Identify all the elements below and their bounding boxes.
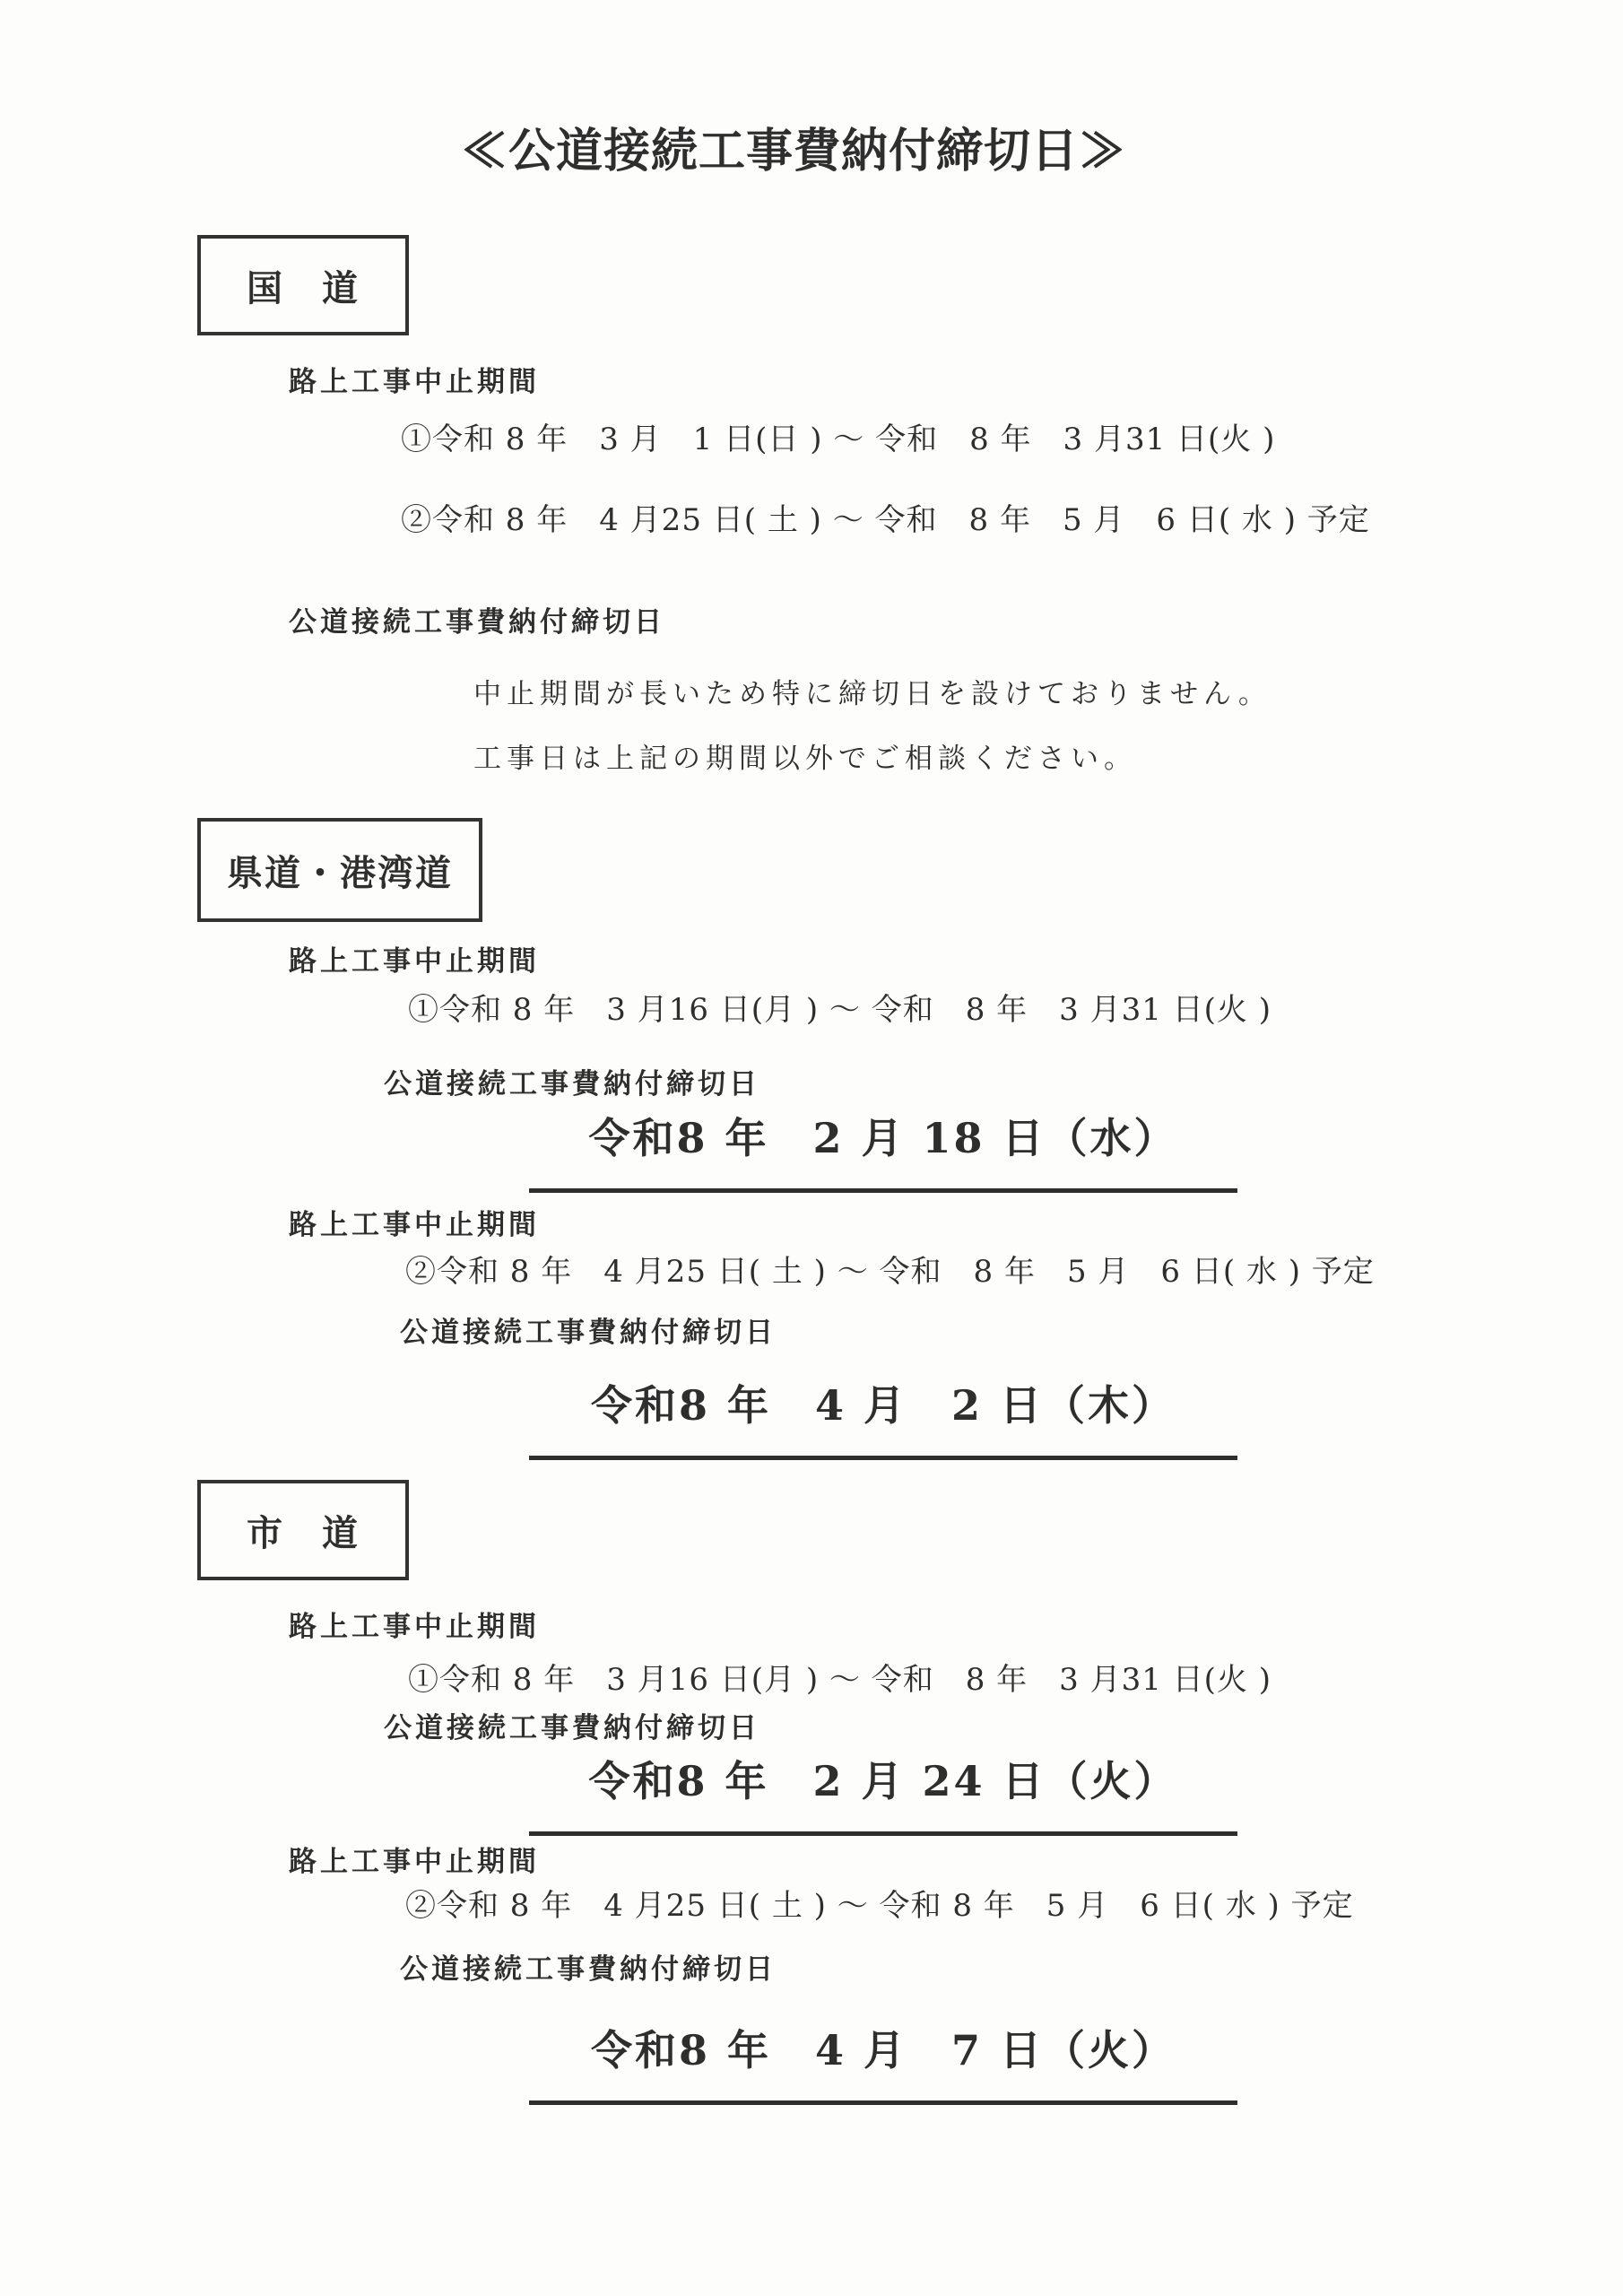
section-box-label: 国 道 xyxy=(247,260,360,311)
suspension-period-label: 路上工事中止期間 xyxy=(289,1604,540,1644)
document-page: ≪公道接続工事費納付締切日≫ 国 道 路上工事中止期間 ①令和 8 年 3 月 … xyxy=(0,0,1623,2296)
suspension-period-label: 路上工事中止期間 xyxy=(289,938,540,978)
page-title: ≪公道接続工事費納付締切日≫ xyxy=(0,113,1587,180)
section-box-kendo: 県道・港湾道 xyxy=(197,818,482,922)
deadline-label: 公道接続工事費納付締切日 xyxy=(384,1705,760,1745)
suspension-period-label: 路上工事中止期間 xyxy=(289,359,540,399)
deadline-label: 公道接続工事費納付締切日 xyxy=(400,1309,777,1350)
period-line: ①令和 8 年 3 月16 日(月 ) ～ 令和 8 年 3 月31 日(火 ) xyxy=(408,985,1271,1029)
period-line: ②令和 8 年 4 月25 日( 土 ) ～ 令和 8 年 5 月 6 日( 水… xyxy=(405,1247,1375,1291)
deadline-date: 令和8 年 2 月 18 日（水） xyxy=(529,1111,1237,1193)
section-box-shido: 市 道 xyxy=(197,1480,409,1580)
deadline-date: 令和8 年 4 月 7 日（火） xyxy=(529,2023,1237,2105)
note-line: 中止期間が長いため特に締切日を設けておりません。 xyxy=(473,671,1271,711)
period-line: ②令和 8 年 4 月25 日( 土 ) ～ 令和 8 年 5 月 6 日( 水… xyxy=(405,1881,1354,1925)
section-box-label: 県道・港湾道 xyxy=(227,845,453,896)
section-box-label: 市 道 xyxy=(247,1505,360,1556)
deadline-date: 令和8 年 4 月 2 日（木） xyxy=(529,1378,1237,1460)
deadline-label: 公道接続工事費納付締切日 xyxy=(289,599,665,639)
period-line: ①令和 8 年 3 月16 日(月 ) ～ 令和 8 年 3 月31 日(火 ) xyxy=(408,1655,1271,1699)
section-box-kokudo: 国 道 xyxy=(197,235,409,335)
deadline-label: 公道接続工事費納付締切日 xyxy=(400,1946,777,1987)
deadline-label: 公道接続工事費納付締切日 xyxy=(384,1061,760,1101)
note-line: 工事日は上記の期間以外でご相談ください。 xyxy=(473,735,1137,776)
suspension-period-label: 路上工事中止期間 xyxy=(289,1839,540,1879)
suspension-period-label: 路上工事中止期間 xyxy=(289,1202,540,1242)
deadline-date: 令和8 年 2 月 24 日（火） xyxy=(529,1754,1237,1836)
period-line: ①令和 8 年 3 月 1 日(日 ) ～ 令和 8 年 3 月31 日(火 ) xyxy=(401,414,1275,458)
period-line: ②令和 8 年 4 月25 日( 土 ) ～ 令和 8 年 5 月 6 日( 水… xyxy=(401,495,1370,539)
